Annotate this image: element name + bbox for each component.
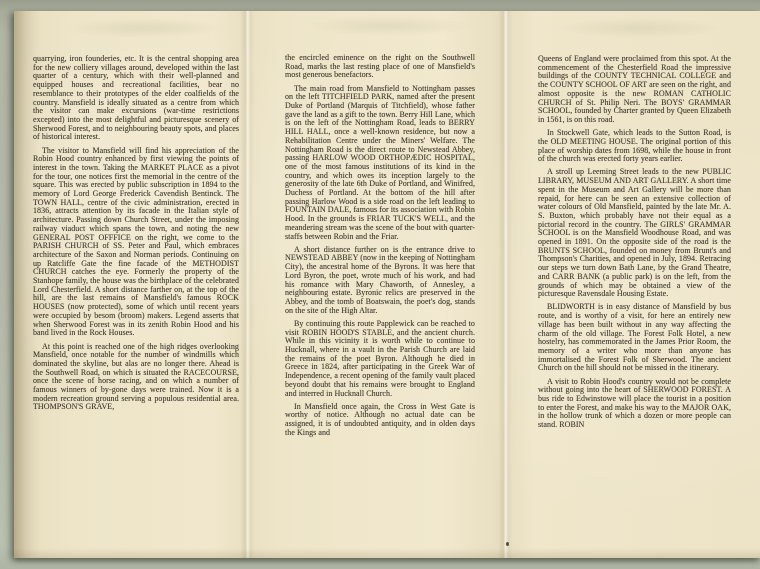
paragraph: the encircled eminence on the right on t… <box>285 54 475 80</box>
paragraph: A visit to Robin Hood's country would no… <box>538 378 731 430</box>
ink-speck <box>506 542 509 546</box>
show-through-smudge <box>534 15 744 41</box>
text-column-center: the encircled eminence on the right on t… <box>285 54 475 442</box>
text-column-left: quarrying, iron founderies, etc. It is t… <box>33 55 239 417</box>
paragraph: The visitor to Mansfield will find his a… <box>33 147 239 338</box>
paragraph: By continuing this route Papplewick can … <box>285 320 475 398</box>
fold-crease-right <box>498 11 512 558</box>
paragraph: A stroll up Leeming Street leads to the … <box>538 168 731 299</box>
paragraph: In Stockwell Gate, which leads to the Su… <box>538 129 731 164</box>
scanner-background: quarrying, iron founderies, etc. It is t… <box>0 0 760 569</box>
paragraph: The main road from Mansfield to Nottingh… <box>285 85 475 242</box>
paragraph: A short distance further on is the entra… <box>285 246 475 316</box>
paragraph: BLIDWORTH is in easy distance of Mansfie… <box>538 303 731 373</box>
fold-crease-left <box>240 11 254 558</box>
paragraph: Queens of England were proclaimed from t… <box>538 55 731 125</box>
paragraph: quarrying, iron founderies, etc. It is t… <box>33 55 239 142</box>
paper-bottom-edge-shadow <box>14 548 760 558</box>
show-through-smudge <box>44 15 244 41</box>
text-column-right: Queens of England were proclaimed from t… <box>538 55 731 434</box>
paragraph: In Mansfield once again, the Cross in We… <box>285 403 475 438</box>
paragraph: At this point is reached one of the high… <box>33 343 239 413</box>
leaflet-page: quarrying, iron founderies, etc. It is t… <box>14 11 760 558</box>
show-through-smudge <box>284 13 494 39</box>
